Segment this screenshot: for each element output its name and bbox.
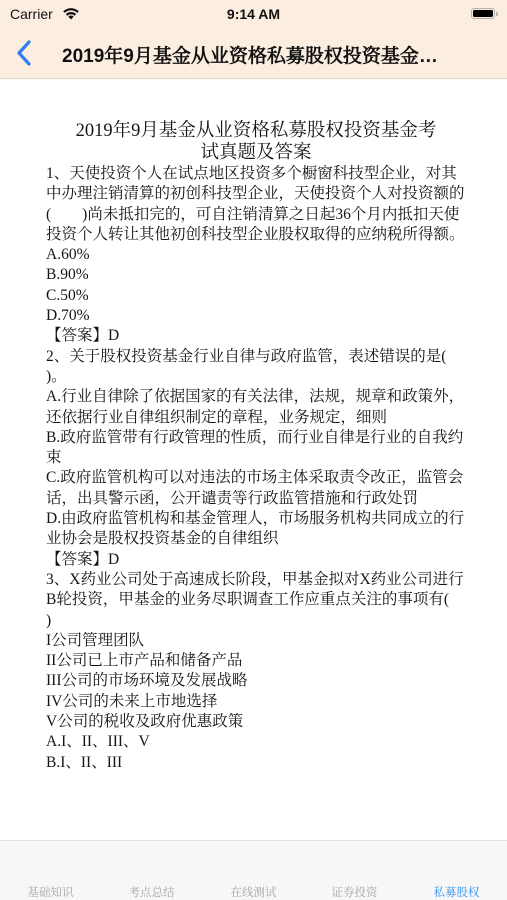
question-3-text: 3、X药业公司处于高速成长阶段，甲基金拟对X药业公司进行B轮投资，甲基金的业务尽… (46, 570, 466, 631)
tab-securities-investment[interactable]: 证券投资 (304, 884, 405, 900)
tab-basic-knowledge[interactable]: 基础知识 (0, 884, 101, 900)
question-2-option-d: D.由政府监管机构和基金管理人，市场服务机构共同成立的行业协会是股权投资基金的自… (46, 509, 466, 550)
question-2-option-b: B.政府监管带有行政管理的性质，而行业自律是行业的自我约束 (46, 428, 466, 469)
question-3-item-ii: II公司已上市产品和储备产品 (46, 651, 466, 671)
question-1-option-d: D.70% (46, 306, 466, 326)
question-1-option-a: A.60% (46, 245, 466, 265)
question-3-item-v: V公司的税收及政府优惠政策 (46, 712, 466, 732)
question-3-item-iii: III公司的市场环境及发展战略 (46, 671, 466, 691)
document-title: 2019年9月基金从业资格私募股权投资基金考 试真题及答案 (46, 120, 466, 164)
page-title: 2019年9月基金从业资格私募股权投资基金… (62, 41, 487, 68)
question-3-item-iv: IV公司的未来上市地选择 (46, 692, 466, 712)
document-title-line-1: 2019年9月基金从业资格私募股权投资基金考 (46, 120, 466, 142)
tab-private-equity[interactable]: 私募股权 (406, 884, 507, 900)
tab-bar: 基础知识 考点总结 在线测试 证券投资 私募股权 (0, 840, 507, 900)
question-2-answer: 【答案】D (46, 550, 466, 570)
question-1-answer: 【答案】D (46, 326, 466, 346)
document-content: 2019年9月基金从业资格私募股权投资基金考 试真题及答案 1、天使投资个人在试… (46, 120, 466, 773)
status-time: 9:14 AM (0, 6, 507, 22)
tab-online-test[interactable]: 在线测试 (203, 884, 304, 900)
question-1-text: 1、天使投资个人在试点地区投资多个橱窗科技型企业，对其中办理注销清算的初创科技型… (46, 164, 466, 245)
battery-icon (471, 8, 495, 19)
question-3-option-b: B.I、II、III (46, 753, 466, 773)
question-2-option-a: A.行业自律除了依据国家的有关法律，法规，规章和政策外，还依据行业自律组织制定的… (46, 387, 466, 428)
question-2-text: 2、关于股权投资基金行业自律与政府监管，表述错误的是( )。 (46, 347, 466, 388)
back-chevron-icon[interactable] (14, 38, 36, 68)
question-1-option-c: C.50% (46, 286, 466, 306)
status-bar: Carrier 9:14 AM (0, 0, 507, 28)
question-1-option-b: B.90% (46, 265, 466, 285)
navigation-bar: 2019年9月基金从业资格私募股权投资基金… (0, 30, 507, 76)
question-2-option-c: C.政府监管机构可以对违法的市场主体采取责令改正，监管会话，出具警示函，公开谴责… (46, 468, 466, 509)
question-3-option-a: A.I、II、III、V (46, 732, 466, 752)
tab-key-points[interactable]: 考点总结 (101, 884, 202, 900)
question-3-item-i: I公司管理团队 (46, 631, 466, 651)
document-title-line-2: 试真题及答案 (46, 142, 466, 164)
top-bar: Carrier 9:14 AM 2019年9月基金从业资格私募股权投资基金… (0, 0, 507, 79)
